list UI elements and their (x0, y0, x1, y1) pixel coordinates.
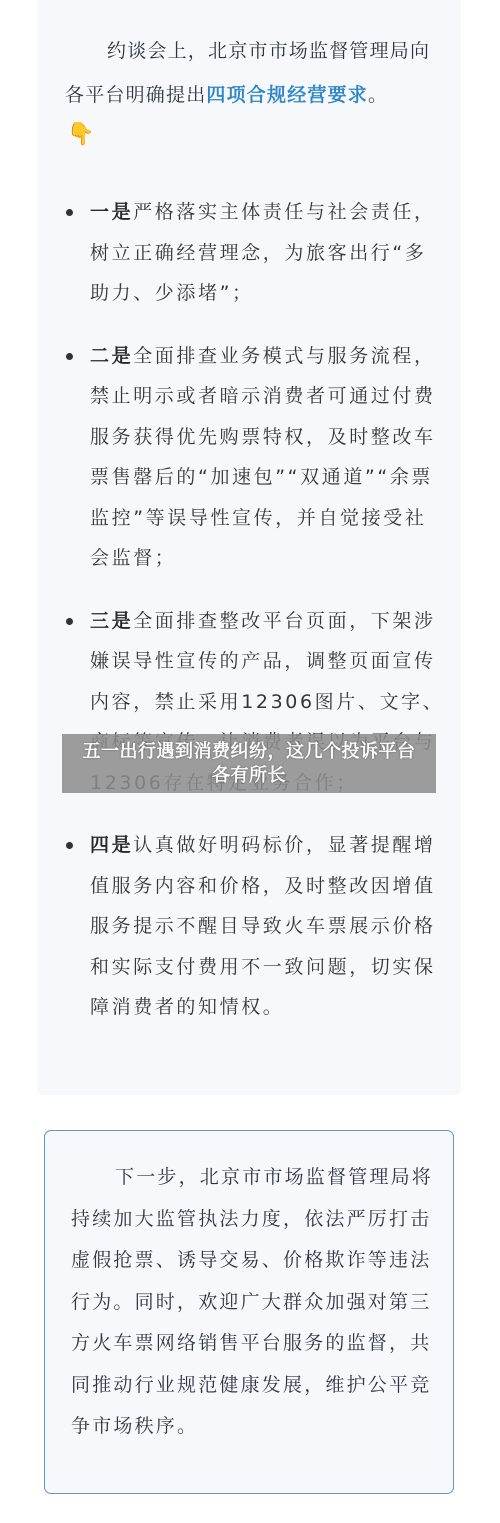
list-item: 二是全面排查业务模式与服务流程，禁止明示或者暗示消费者可通过付费服务获得优先购票… (60, 336, 445, 579)
item-label: 三是 (90, 610, 133, 632)
pointing-down-icon: 👇 (67, 120, 94, 150)
list-item: 四是认真做好明码标价，显著提醒增值服务内容和价格，及时整改因增值服务提示不醒目导… (60, 825, 445, 1028)
bullet-icon (66, 842, 73, 849)
item-text: 严格落实主体责任与社会责任，树立正确经营理念，为旅客出行“多助力、少添堵”； (90, 201, 436, 304)
bullet-icon (66, 618, 73, 625)
item-label: 一是 (90, 201, 133, 223)
intro-highlight: 四项合规经营要求 (206, 84, 368, 106)
intro-text-end: 。 (368, 84, 388, 106)
closing-text: 下一步，北京市市场监督管理局将持续加大监管执法力度，依法严厉打击虚假抢票、诱导交… (71, 1166, 433, 1437)
requirements-list: 一是严格落实主体责任与社会责任，树立正确经营理念，为旅客出行“多助力、少添堵”；… (60, 192, 445, 1050)
item-label: 二是 (90, 345, 133, 367)
article-title[interactable]: 五一出行遇到消费纠纷，这几个投诉平台各有所长 (79, 740, 419, 788)
item-text: 全面排查业务模式与服务流程，禁止明示或者暗示消费者可通过付费服务获得优先购票特权… (90, 345, 436, 570)
list-item: 一是严格落实主体责任与社会责任，树立正确经营理念，为旅客出行“多助力、少添堵”； (60, 192, 445, 314)
article-title-banner[interactable]: 五一出行遇到消费纠纷，这几个投诉平台各有所长 (62, 734, 436, 793)
bullet-icon (66, 209, 73, 216)
bullet-icon (66, 353, 73, 360)
closing-paragraph: 下一步，北京市市场监督管理局将持续加大监管执法力度，依法严厉打击虚假抢票、诱导交… (71, 1157, 436, 1448)
intro-paragraph: 约谈会上，北京市市场监督管理局向各平台明确提出四项合规经营要求。 (65, 29, 435, 117)
item-text: 认真做好明码标价，显著提醒增值服务内容和价格，及时整改因增值服务提示不醒目导致火… (90, 834, 436, 1018)
item-label: 四是 (90, 834, 133, 856)
